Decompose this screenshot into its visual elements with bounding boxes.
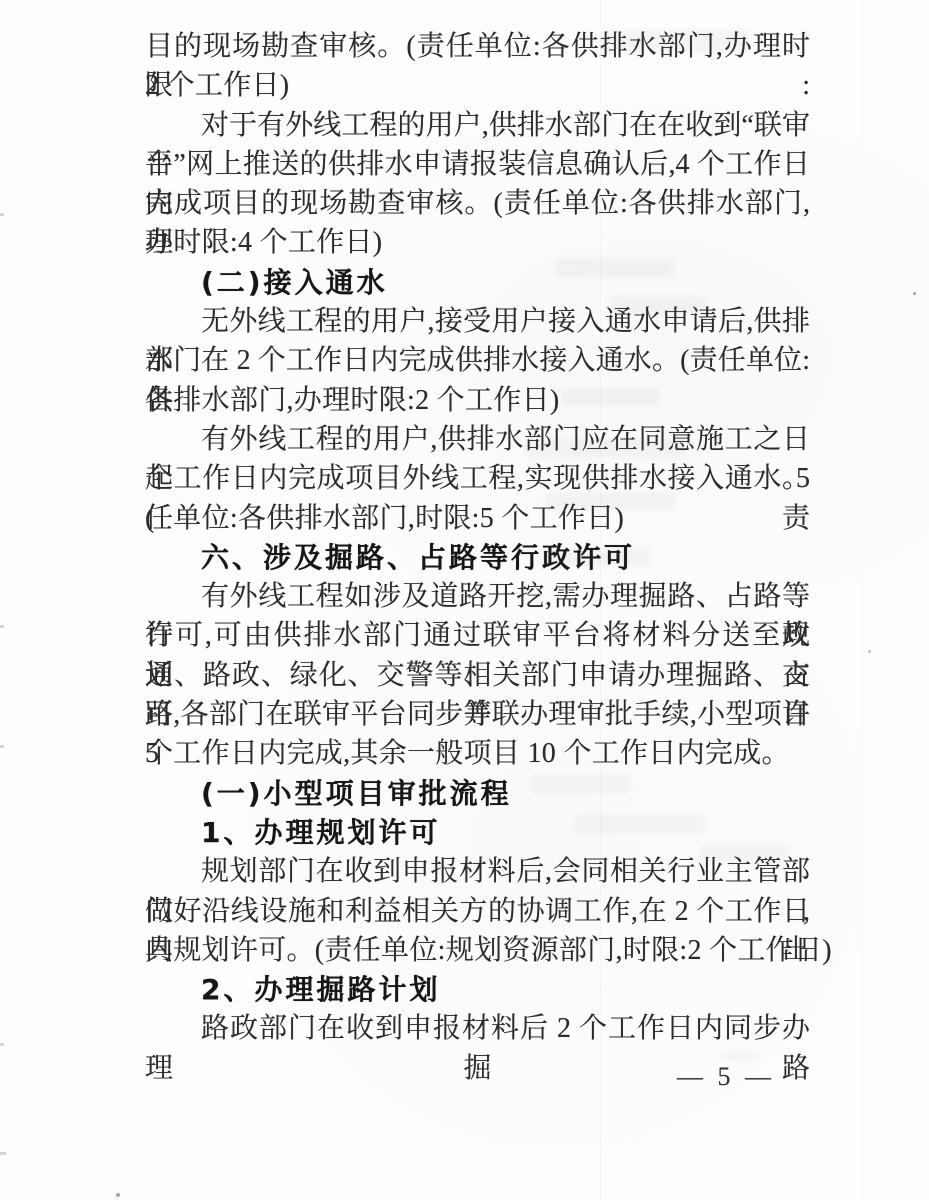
scan-edge-mark bbox=[0, 625, 4, 628]
scan-speck bbox=[868, 650, 871, 653]
text-line: 目的现场勘查审核。(责任单位:各供排水部门,办理时限: bbox=[145, 27, 810, 66]
text-line: 无外线工程的用户,接受用户接入通水申请后,供排水 bbox=[145, 302, 810, 341]
text-line: 具规划许可。(责任单位:规划资源部门,时限:2 个工作日) bbox=[145, 931, 810, 970]
text-line: 对于有外线工程的用户,供排水部门在在收到“联审平 bbox=[145, 106, 810, 145]
text-line: 完成项目的现场勘查审核。(责任单位:各供排水部门,办 bbox=[145, 184, 810, 223]
scan-edge-mark bbox=[0, 213, 4, 216]
section-heading: (一)小型项目审批流程 bbox=[145, 774, 810, 813]
text-line: 部门在 2 个工作日内完成供排水接入通水。(责任单位:各 bbox=[145, 341, 810, 380]
text-line: 个工作日内完成项目外线工程,实现供排水接入通水。(责 bbox=[145, 459, 810, 498]
text-line: 供排水部门,办理时限:2 个工作日) bbox=[145, 381, 810, 420]
text-line: 通、路政、绿化、交警等相关部门申请办理掘路、占路等许 bbox=[145, 656, 810, 695]
section-heading: 2、办理掘路计划 bbox=[145, 970, 810, 1009]
section-heading: 六、涉及掘路、占路等行政许可 bbox=[145, 538, 810, 577]
section-heading: 1、办理规划许可 bbox=[145, 813, 810, 852]
text-line: 规划部门在收到申报材料后,会同相关行业主管部门, bbox=[145, 852, 810, 891]
scan-artifact-line bbox=[862, 0, 863, 1200]
scan-edge-mark bbox=[0, 1152, 6, 1155]
text-line: 许可,可由供排水部门通过联审平台将材料分送至规划、交 bbox=[145, 616, 810, 655]
scan-speck bbox=[116, 1193, 120, 1197]
page-number: — 5 — bbox=[660, 1062, 792, 1092]
scan-speck bbox=[913, 292, 916, 295]
text-line: 理时限:4 个工作日) bbox=[145, 223, 810, 262]
scan-edge-mark bbox=[0, 1043, 4, 1046]
text-line: 路政部门在收到申报材料后 2 个工作日内同步办理掘路 bbox=[145, 1009, 810, 1048]
document-body: 目的现场勘查审核。(责任单位:各供排水部门,办理时限: 2 个工作日) 对于有外… bbox=[145, 27, 810, 1049]
text-line: 台”网上推送的供排水申请报装信息确认后,4 个工作日内 bbox=[145, 145, 810, 184]
text-line: 做好沿线设施和利益相关方的协调工作,在 2 个工作日内出 bbox=[145, 892, 810, 931]
text-line: 有外线工程的用户,供排水部门应在同意施工之日起 5 bbox=[145, 420, 810, 459]
text-line: 个工作日内完成,其余一般项目 10 个工作日内完成。 bbox=[145, 734, 810, 773]
text-line: 有外线工程如涉及道路开挖,需办理掘路、占路等行政 bbox=[145, 577, 810, 616]
scan-edge-mark bbox=[0, 745, 4, 748]
section-heading: (二)接入通水 bbox=[145, 263, 810, 302]
text-line: 可,各部门在联审平台同步并联办理审批手续,小型项目 5 bbox=[145, 695, 810, 734]
